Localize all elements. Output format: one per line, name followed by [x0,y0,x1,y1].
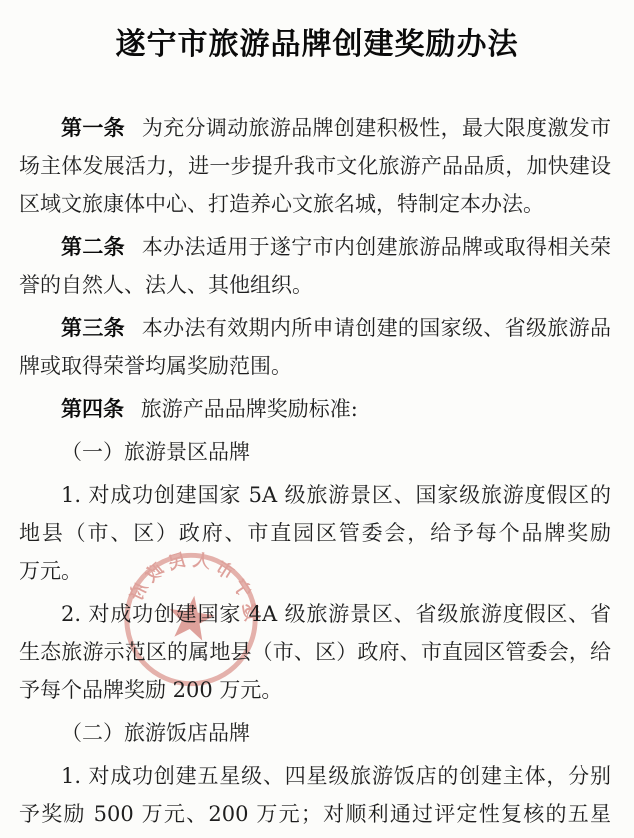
paragraph-article-2: 第二条本办法适用于遂宁市内创建旅游品牌或取得相关荣 誉的自然人、法人、其他组织。 [19,228,611,304]
text-line: 予奖励 500 万元、200 万元；对顺利通过评定性复核的五星级、四 [19,795,611,833]
paragraph-scenic-area-1: 1. 对成功创建国家 5A 级旅游景区、国家级旅游度假区的属 地县（市、区）政府… [19,476,611,590]
text-line: 区域文旅康体中心、打造养心文旅名城，特制定本办法。 [19,185,611,223]
paragraph-article-3: 第三条本办法有效期内所申请创建的国家级、省级旅游品 牌或取得荣誉均属奖励范围。 [19,309,611,385]
article-number: 第二条 [61,234,125,259]
text-line: 1. 对成功创建国家 5A 级旅游景区、国家级旅游度假区的属 [19,476,611,514]
text-line: 万元。 [19,552,611,590]
article-number: 第四条 [61,396,124,421]
text-line: 2. 对成功创建国家 4A 级旅游景区、省级旅游度假区、省级 [19,595,611,633]
paragraph-article-1: 第一条为充分调动旅游品牌创建积极性，最大限度激发市 场主体发展活力，进一步提升我… [19,109,611,223]
text-line: （二）旅游饭店品牌 [19,714,611,752]
text-run: 本办法有效期内所申请创建的国家级、省级旅游品 [142,316,611,340]
text-run: 本办法适用于遂宁市内创建旅游品牌或取得相关荣 [142,235,611,259]
document-title: 遂宁市旅游品牌创建奖励办法 [0,27,634,63]
text-line: 第一条为充分调动旅游品牌创建积极性，最大限度激发市 [19,109,611,147]
paragraph-scenic-area-2: 2. 对成功创建国家 4A 级旅游景区、省级旅游度假区、省级 生态旅游示范区的属… [19,595,611,709]
text-line: （一）旅游景区品牌 [19,433,611,471]
text-line: 第三条本办法有效期内所申请创建的国家级、省级旅游品 [19,309,611,347]
text-line: 誉的自然人、法人、其他组织。 [19,266,611,304]
scanned-document-page: 遂宁市人民政府 遂宁市旅游品牌创建奖励办法 第一条为充分调动旅游品牌创建积极性，… [0,0,634,838]
article-number: 第一条 [61,115,125,140]
text-line: 第二条本办法适用于遂宁市内创建旅游品牌或取得相关荣 [19,228,611,266]
text-line: 场主体发展活力，进一步提升我市文化旅游产品品质，加快建设 [19,147,611,185]
article-number: 第三条 [61,315,125,340]
text-line: 予每个品牌奖励 200 万元。 [19,671,611,709]
text-line: 地县（市、区）政府、市直园区管委会，给予每个品牌奖励 1000 [19,514,611,552]
text-run: 旅游产品品牌奖励标准: [141,397,358,421]
text-run: 为充分调动旅游品牌创建积极性，最大限度激发市 [142,116,611,140]
paragraph-item-1-heading: （一）旅游景区品牌 [19,433,611,471]
paragraph-item-2-heading: （二）旅游饭店品牌 [19,714,611,752]
document-body: 第一条为充分调动旅游品牌创建积极性，最大限度激发市 场主体发展活力，进一步提升我… [19,109,611,838]
text-line: 牌或取得荣誉均属奖励范围。 [19,347,611,385]
text-line: 生态旅游示范区的属地县（市、区）政府、市直园区管委会，给 [19,633,611,671]
paragraph-article-4: 第四条旅游产品品牌奖励标准: [19,390,611,428]
text-line: 第四条旅游产品品牌奖励标准: [19,390,611,428]
paragraph-hotel-1: 1. 对成功创建五星级、四星级旅游饭店的创建主体，分别给 予奖励 500 万元、… [19,757,611,833]
text-line: 1. 对成功创建五星级、四星级旅游饭店的创建主体，分别给 [19,757,611,795]
